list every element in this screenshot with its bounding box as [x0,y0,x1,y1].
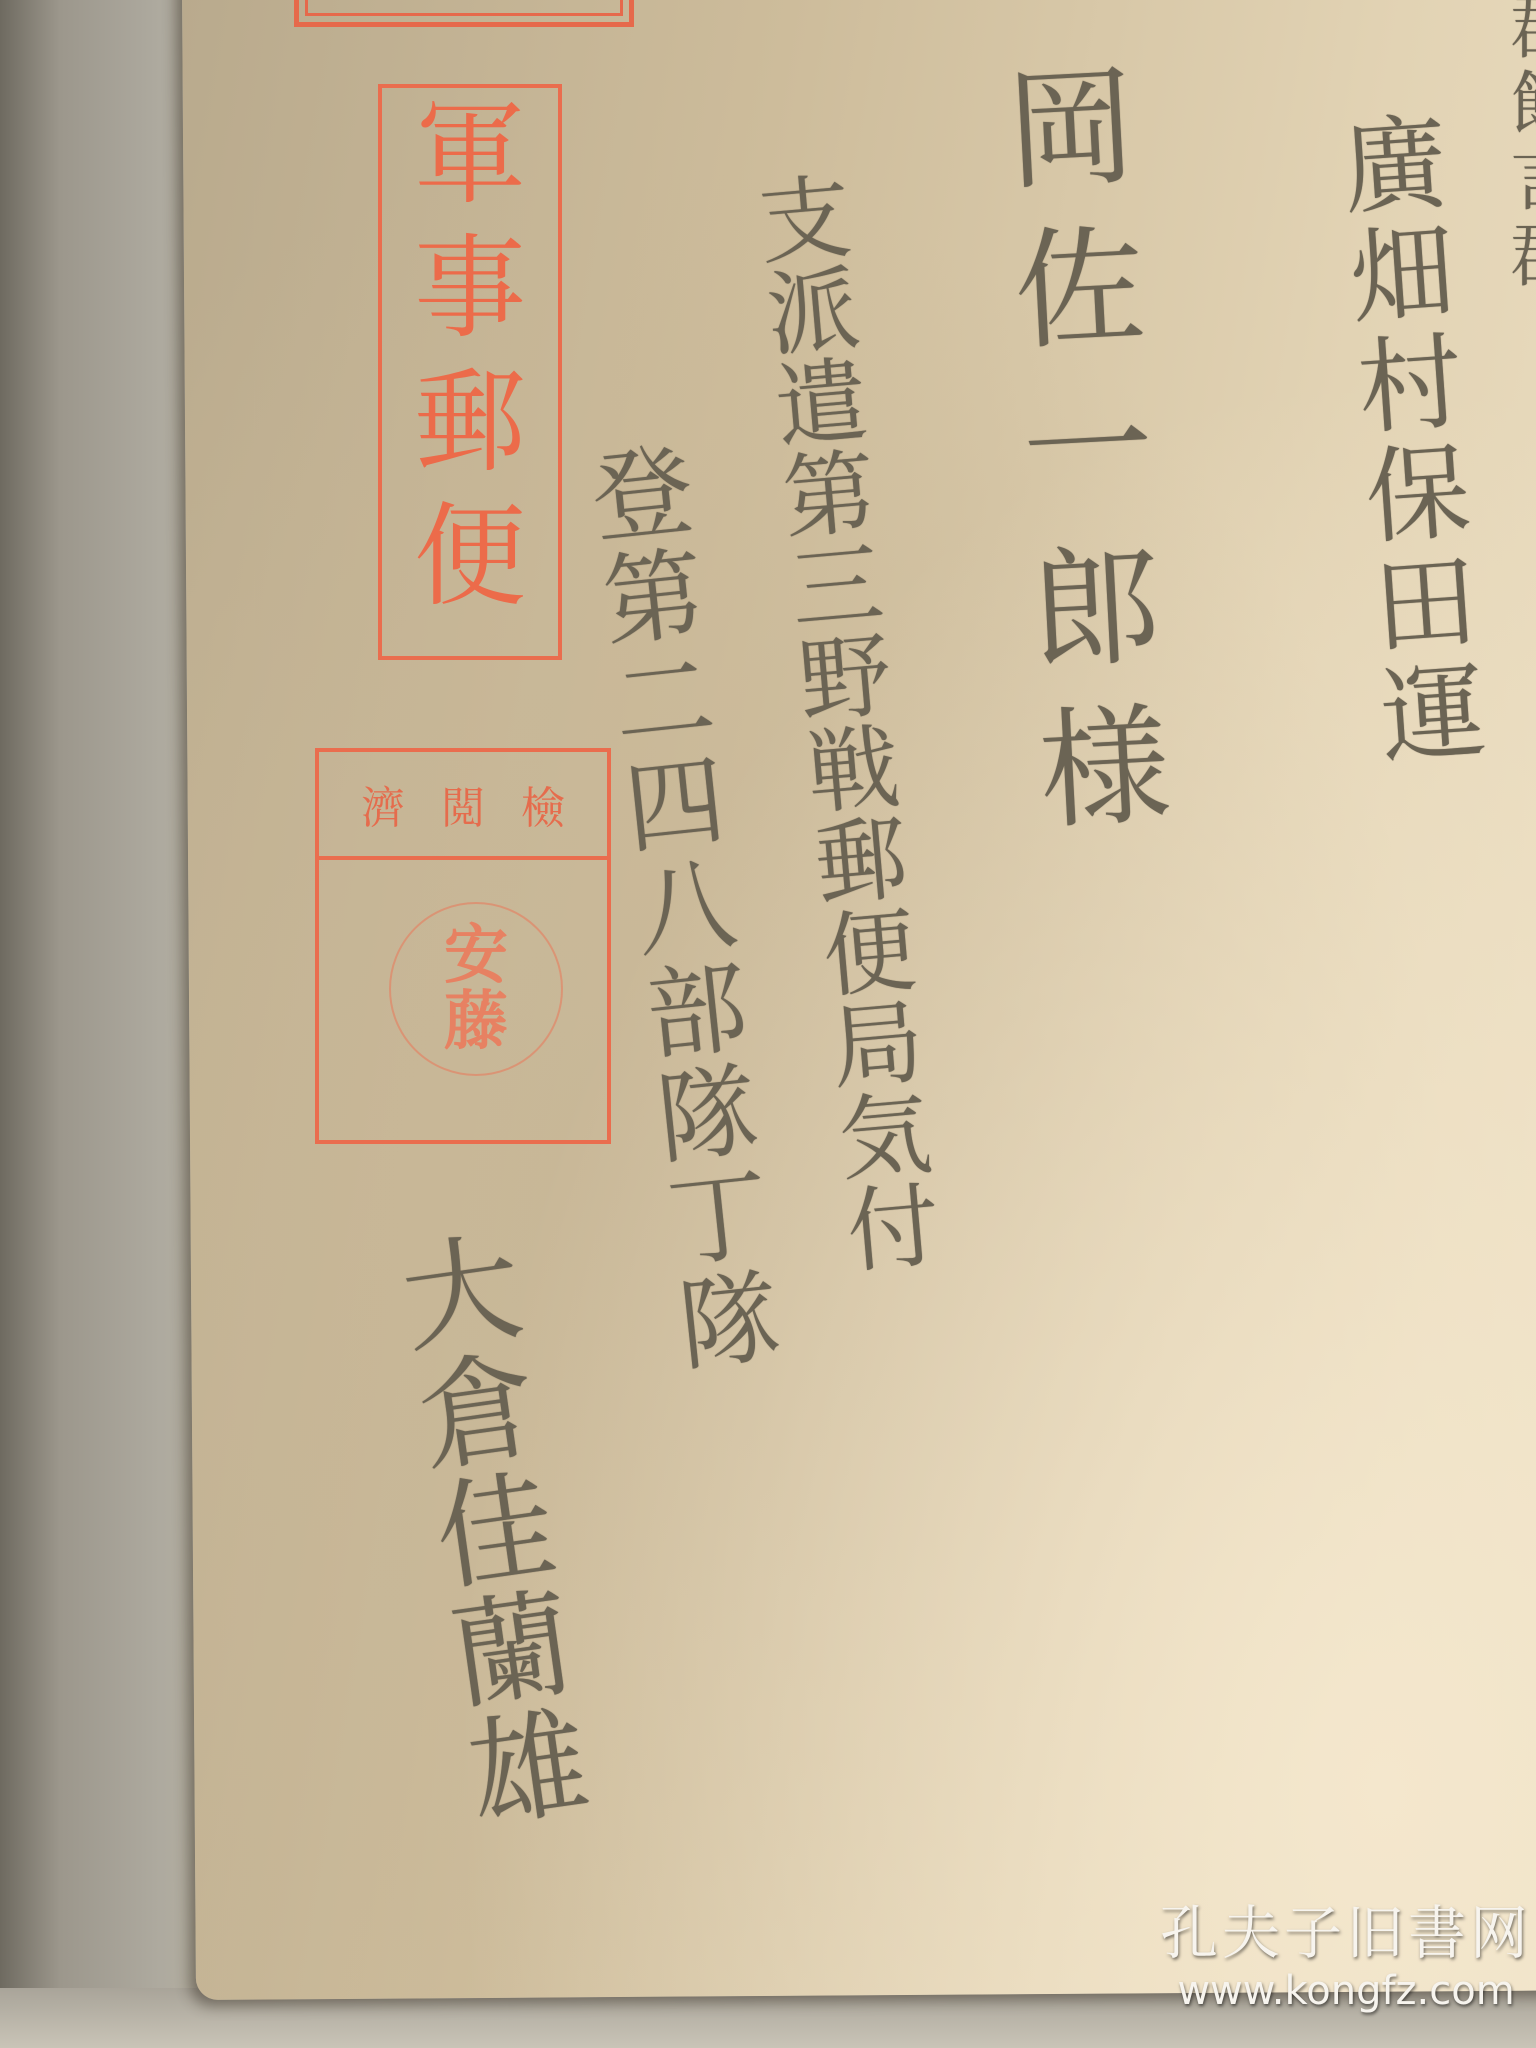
watermark-url: www.kongfz.com [1160,1968,1532,2014]
censor-char: 閲 [441,772,485,836]
watermark-site-name: 孔夫子旧書网 [1160,1898,1532,1968]
stamp-char: 軍 [382,88,558,222]
address-column-edge: 郡館言郡 [1490,0,1536,294]
seal-char: 安 [444,923,508,989]
censor-inspection-box: 濟 閲 檢 安 藤 [315,748,611,1144]
censor-header: 濟 閲 檢 [319,752,607,860]
censor-char: 檢 [521,772,565,836]
censor-char: 濟 [361,772,405,836]
military-mail-stamp: 軍 事 郵 便 [378,84,562,660]
stamp-char: 事 [382,222,558,356]
seal-char: 藤 [444,989,508,1055]
site-watermark: 孔夫子旧書网 www.kongfz.com [1160,1898,1532,2014]
stamp-char: 便 [382,490,558,624]
top-stamp-box-partial [294,0,634,27]
censor-seal-icon: 安 藤 [389,902,563,1076]
stamp-char: 郵 [382,356,558,490]
